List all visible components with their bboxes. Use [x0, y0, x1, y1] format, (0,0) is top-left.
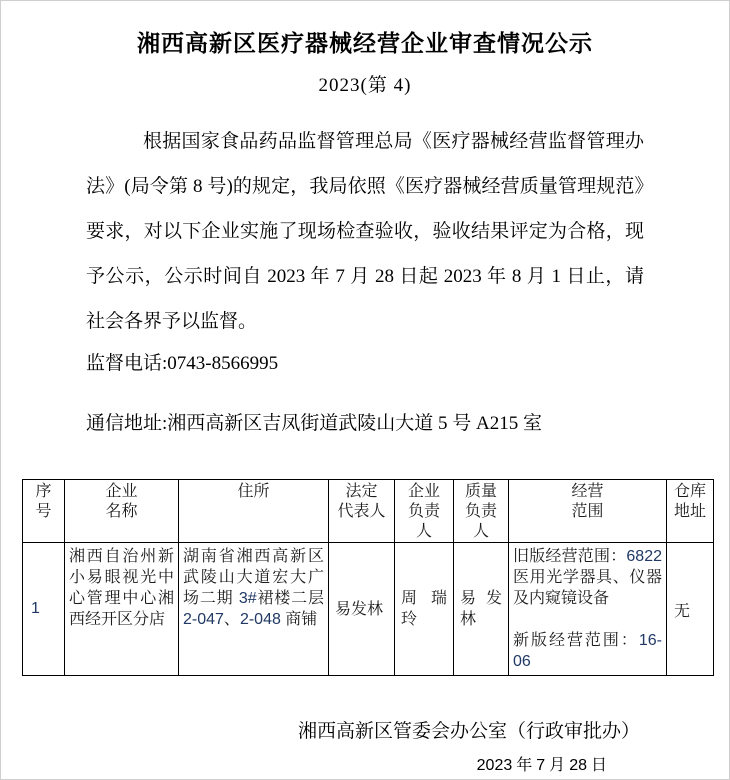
cell-legal-representative: 易发林: [329, 543, 395, 676]
cell-company-name: 湘西自治州新小易眼视光中心管理中心湘西经开区分店: [65, 543, 179, 676]
issuing-office: 湘西高新区管委会办公室（行政审批办）: [1, 721, 729, 743]
page-title: 湘西高新区医疗器械经营企业审查情况公示: [21, 25, 709, 58]
cell-warehouse-address: 无: [667, 543, 714, 676]
header-company-name: 企业 名称: [65, 480, 179, 543]
header-quality-head: 质量 负责 人: [454, 480, 509, 543]
cell-serial-number: 1: [23, 543, 65, 676]
issue-number: 2023(第 4): [1, 70, 729, 97]
table-header-row: 序 号 企业 名称 住所 法定 代表人 企业 负责 人 质量 负责 人 经营 范…: [23, 480, 714, 543]
announcement-document: 湘西高新区医疗器械经营企业审查情况公示 2023(第 4) 根据国家食品药品监督…: [0, 0, 730, 780]
header-address: 住所: [179, 480, 329, 543]
header-warehouse-address: 仓库 地址: [667, 480, 714, 543]
cell-address: 湖南省湘西高新区武陵山大道宏大广场二期 3#裙楼二层 2-047、2-048 商…: [179, 543, 329, 676]
cell-company-head: 周瑞玲: [395, 543, 454, 676]
supervision-phone-line: 监督电话:0743-8566995: [86, 353, 729, 375]
header-business-scope: 经营 范围: [509, 480, 667, 543]
body-paragraph: 根据国家食品药品监督管理总局《医疗器械经营监督管理办法》(局令第 8 号)的规定…: [86, 119, 644, 344]
header-legal-representative: 法定 代表人: [329, 480, 395, 543]
cell-quality-head: 易发林: [454, 543, 509, 676]
header-serial-number: 序 号: [23, 480, 65, 543]
issue-date: 2023 年 7 月 28 日: [1, 756, 729, 776]
table-row: 1 湘西自治州新小易眼视光中心管理中心湘西经开区分店 湖南省湘西高新区武陵山大道…: [23, 543, 714, 676]
review-table: 序 号 企业 名称 住所 法定 代表人 企业 负责 人 质量 负责 人 经营 范…: [22, 479, 714, 676]
cell-business-scope: 旧版经营范围：6822 医用光学器具、仪器及内窥镜设备 新版经营范围：16-06: [509, 543, 667, 676]
header-company-head: 企业 负责 人: [395, 480, 454, 543]
mailing-address-line: 通信地址:湘西高新区吉凤街道武陵山大道 5 号 A215 室: [86, 413, 729, 435]
